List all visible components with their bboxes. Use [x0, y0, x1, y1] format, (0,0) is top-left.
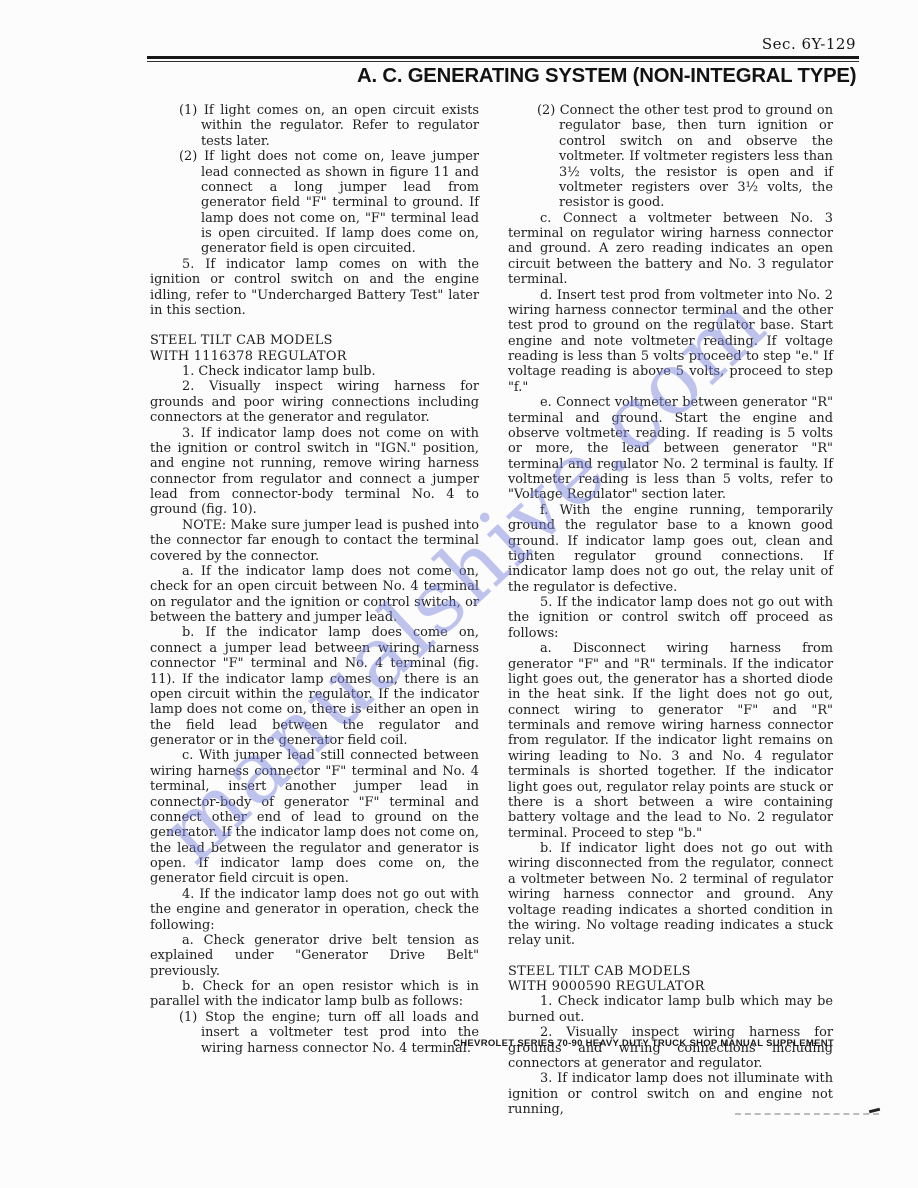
column-right: (2) Connect the other test prod to groun…: [508, 103, 833, 1117]
paragraph: a. Disconnect wiring harness from genera…: [508, 641, 833, 841]
list-item: (2) If light does not come on, leave jum…: [201, 149, 479, 257]
paragraph: 5. If the indicator lamp does not go out…: [508, 595, 833, 641]
paragraph: 2. Visually inspect wiring harness for g…: [150, 379, 479, 425]
paragraph: a. If the indicator lamp does not come o…: [150, 564, 479, 626]
paragraph: 1. Check indicator lamp bulb.: [150, 364, 479, 379]
paragraph: 5. If indicator lamp comes on with the i…: [150, 257, 479, 319]
paragraph: b. Check for an open resistor which is i…: [150, 979, 479, 1010]
page-footer: CHEVROLET SERIES 70-90 HEAVY DUTY TRUCK …: [453, 1038, 834, 1049]
header-rule-thin: [147, 61, 859, 62]
paragraph: f. With the engine running, temporarily …: [508, 503, 833, 595]
paragraph: b. If the indicator lamp does come on, c…: [150, 625, 479, 748]
paragraph: a. Check generator drive belt tension as…: [150, 933, 479, 979]
paragraph: 3. If indicator lamp does not illuminate…: [508, 1071, 833, 1117]
page-title: A. C. GENERATING SYSTEM (NON-INTEGRAL TY…: [357, 64, 856, 88]
column-left: (1) If light comes on, an open circuit e…: [150, 103, 479, 1056]
paragraph: e. Connect voltmeter between generator "…: [508, 395, 833, 503]
paragraph: NOTE: Make sure jumper lead is pushed in…: [150, 518, 479, 564]
paragraph: c. With jumper lead still connected betw…: [150, 748, 479, 886]
paragraph: c. Connect a voltmeter between No. 3 ter…: [508, 211, 833, 288]
manual-page: Sec. 6Y-129 A. C. GENERATING SYSTEM (NON…: [0, 0, 918, 1188]
paragraph: 3. If indicator lamp does not come on wi…: [150, 426, 479, 518]
header-rule-thick: [147, 56, 859, 59]
paragraph: 4. If the indicator lamp does not go out…: [150, 887, 479, 933]
list-item: (1) If light comes on, an open circuit e…: [201, 103, 479, 149]
scan-dashed-mark: [735, 1113, 879, 1115]
list-item: (1) Stop the engine; turn off all loads …: [201, 1010, 479, 1056]
section-heading: STEEL TILT CAB MODELS WITH 1116378 REGUL…: [150, 333, 479, 364]
section-label: Sec. 6Y-129: [762, 35, 856, 53]
paragraph: b. If indicator light does not go out wi…: [508, 841, 833, 949]
paragraph: 1. Check indicator lamp bulb which may b…: [508, 994, 833, 1025]
paragraph: d. Insert test prod from voltmeter into …: [508, 288, 833, 396]
list-item: (2) Connect the other test prod to groun…: [559, 103, 833, 211]
section-heading: STEEL TILT CAB MODELS WITH 9000590 REGUL…: [508, 964, 833, 995]
